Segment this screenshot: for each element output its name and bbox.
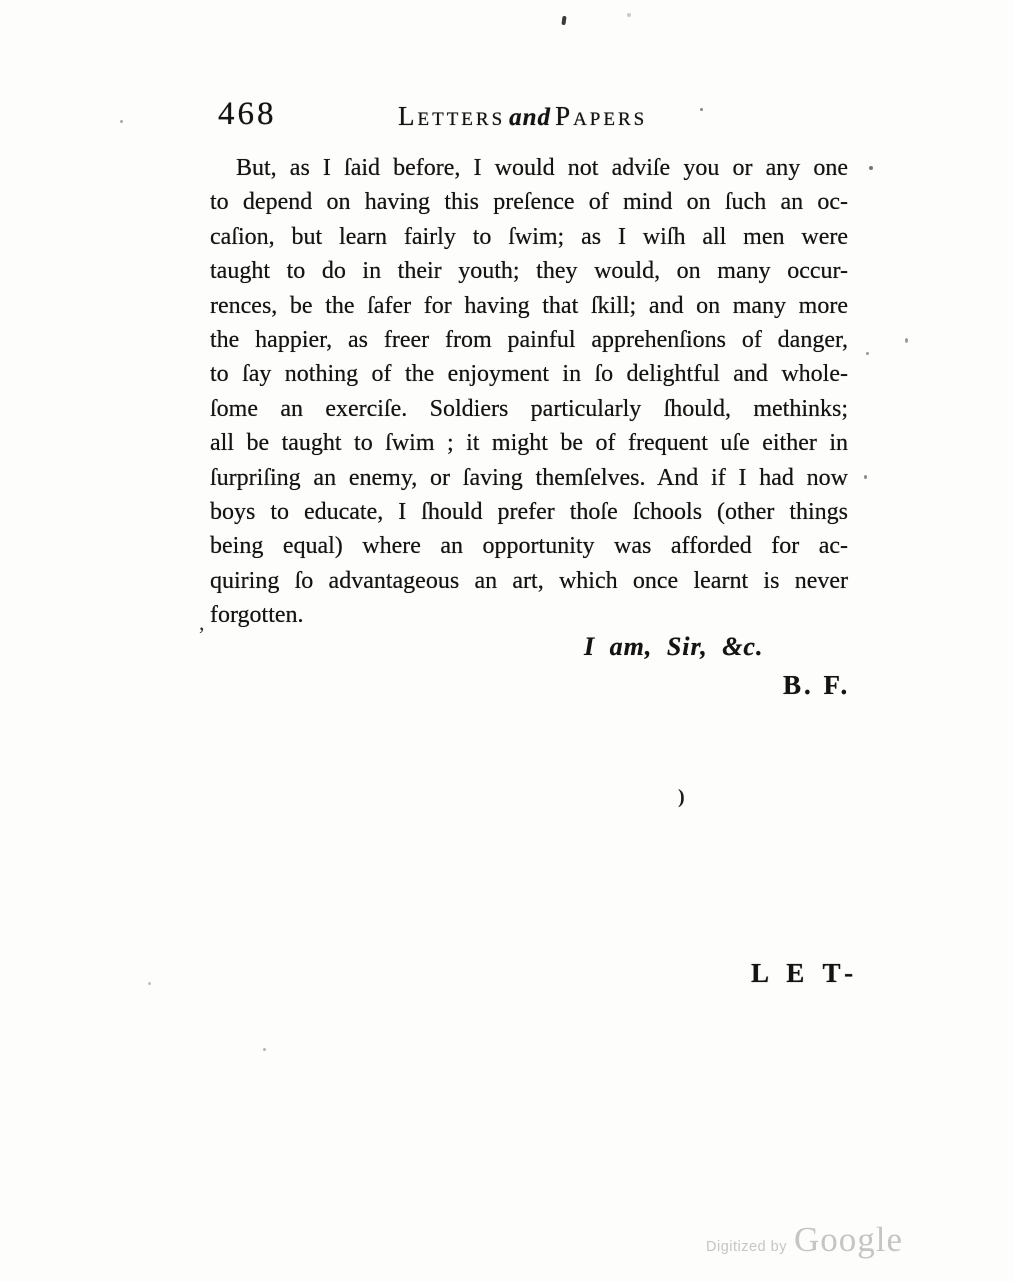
- scan-speck: [263, 1048, 266, 1051]
- body-line: But, as I ſaid before, I would not adviſ…: [210, 151, 848, 185]
- body-line: ſurpriſing an enemy, or ſaving themſelve…: [210, 461, 848, 495]
- watermark-text: Digitized by: [706, 1239, 787, 1255]
- google-logo: Google: [794, 1220, 903, 1260]
- header-word-letters: Letters: [398, 101, 505, 131]
- scan-speck: [864, 475, 867, 479]
- scan-speck: [627, 13, 631, 17]
- body-paragraph: But, as I ſaid before, I would not adviſ…: [210, 151, 848, 632]
- scan-speck: [866, 352, 869, 355]
- body-line: rences, be the ſafer for having that ſki…: [210, 289, 848, 323]
- body-line: taught to do in their youth; they would,…: [210, 254, 848, 288]
- scan-speck: [561, 16, 566, 25]
- digitized-watermark: Digitized by Google: [706, 1220, 903, 1260]
- body-line: ſome an exerciſe. Soldiers particularly …: [210, 392, 848, 426]
- scan-speck: [869, 166, 873, 170]
- book-page-scan: 468 LettersandPapers But, as I ſaid befo…: [0, 0, 1014, 1282]
- header-word-and: and: [509, 104, 551, 131]
- stray-comma-mark: ,: [199, 610, 205, 636]
- body-line: to ſay nothing of the enjoyment in ſo de…: [210, 357, 848, 391]
- header-word-papers: Papers: [555, 101, 647, 131]
- scan-speck: [120, 120, 123, 123]
- page-number: 468: [218, 96, 277, 133]
- running-header: LettersandPapers: [398, 101, 647, 132]
- body-line: caſion, but learn fairly to ſwim; as I w…: [210, 220, 848, 254]
- stray-ink-mark: ): [678, 786, 685, 809]
- body-line: quiring ſo advantageous an art, which on…: [210, 564, 848, 598]
- body-line: all be taught to ſwim ; it might be of f…: [210, 426, 848, 460]
- body-line: being equal) where an opportunity was af…: [210, 529, 848, 563]
- signature-initials: B. F.: [783, 670, 850, 701]
- closing-line: I am, Sir, &c.: [584, 632, 763, 662]
- body-line: to depend on having this preſence of min…: [210, 185, 848, 219]
- catchword: L E T-: [751, 958, 859, 989]
- body-line: forgotten.: [210, 598, 848, 632]
- scan-speck: [700, 108, 703, 111]
- scan-speck: [905, 338, 908, 343]
- body-line: boys to educate, I ſhould prefer thoſe ſ…: [210, 495, 848, 529]
- scan-speck: [148, 982, 151, 985]
- body-line: the happier, as freer from painful appre…: [210, 323, 848, 357]
